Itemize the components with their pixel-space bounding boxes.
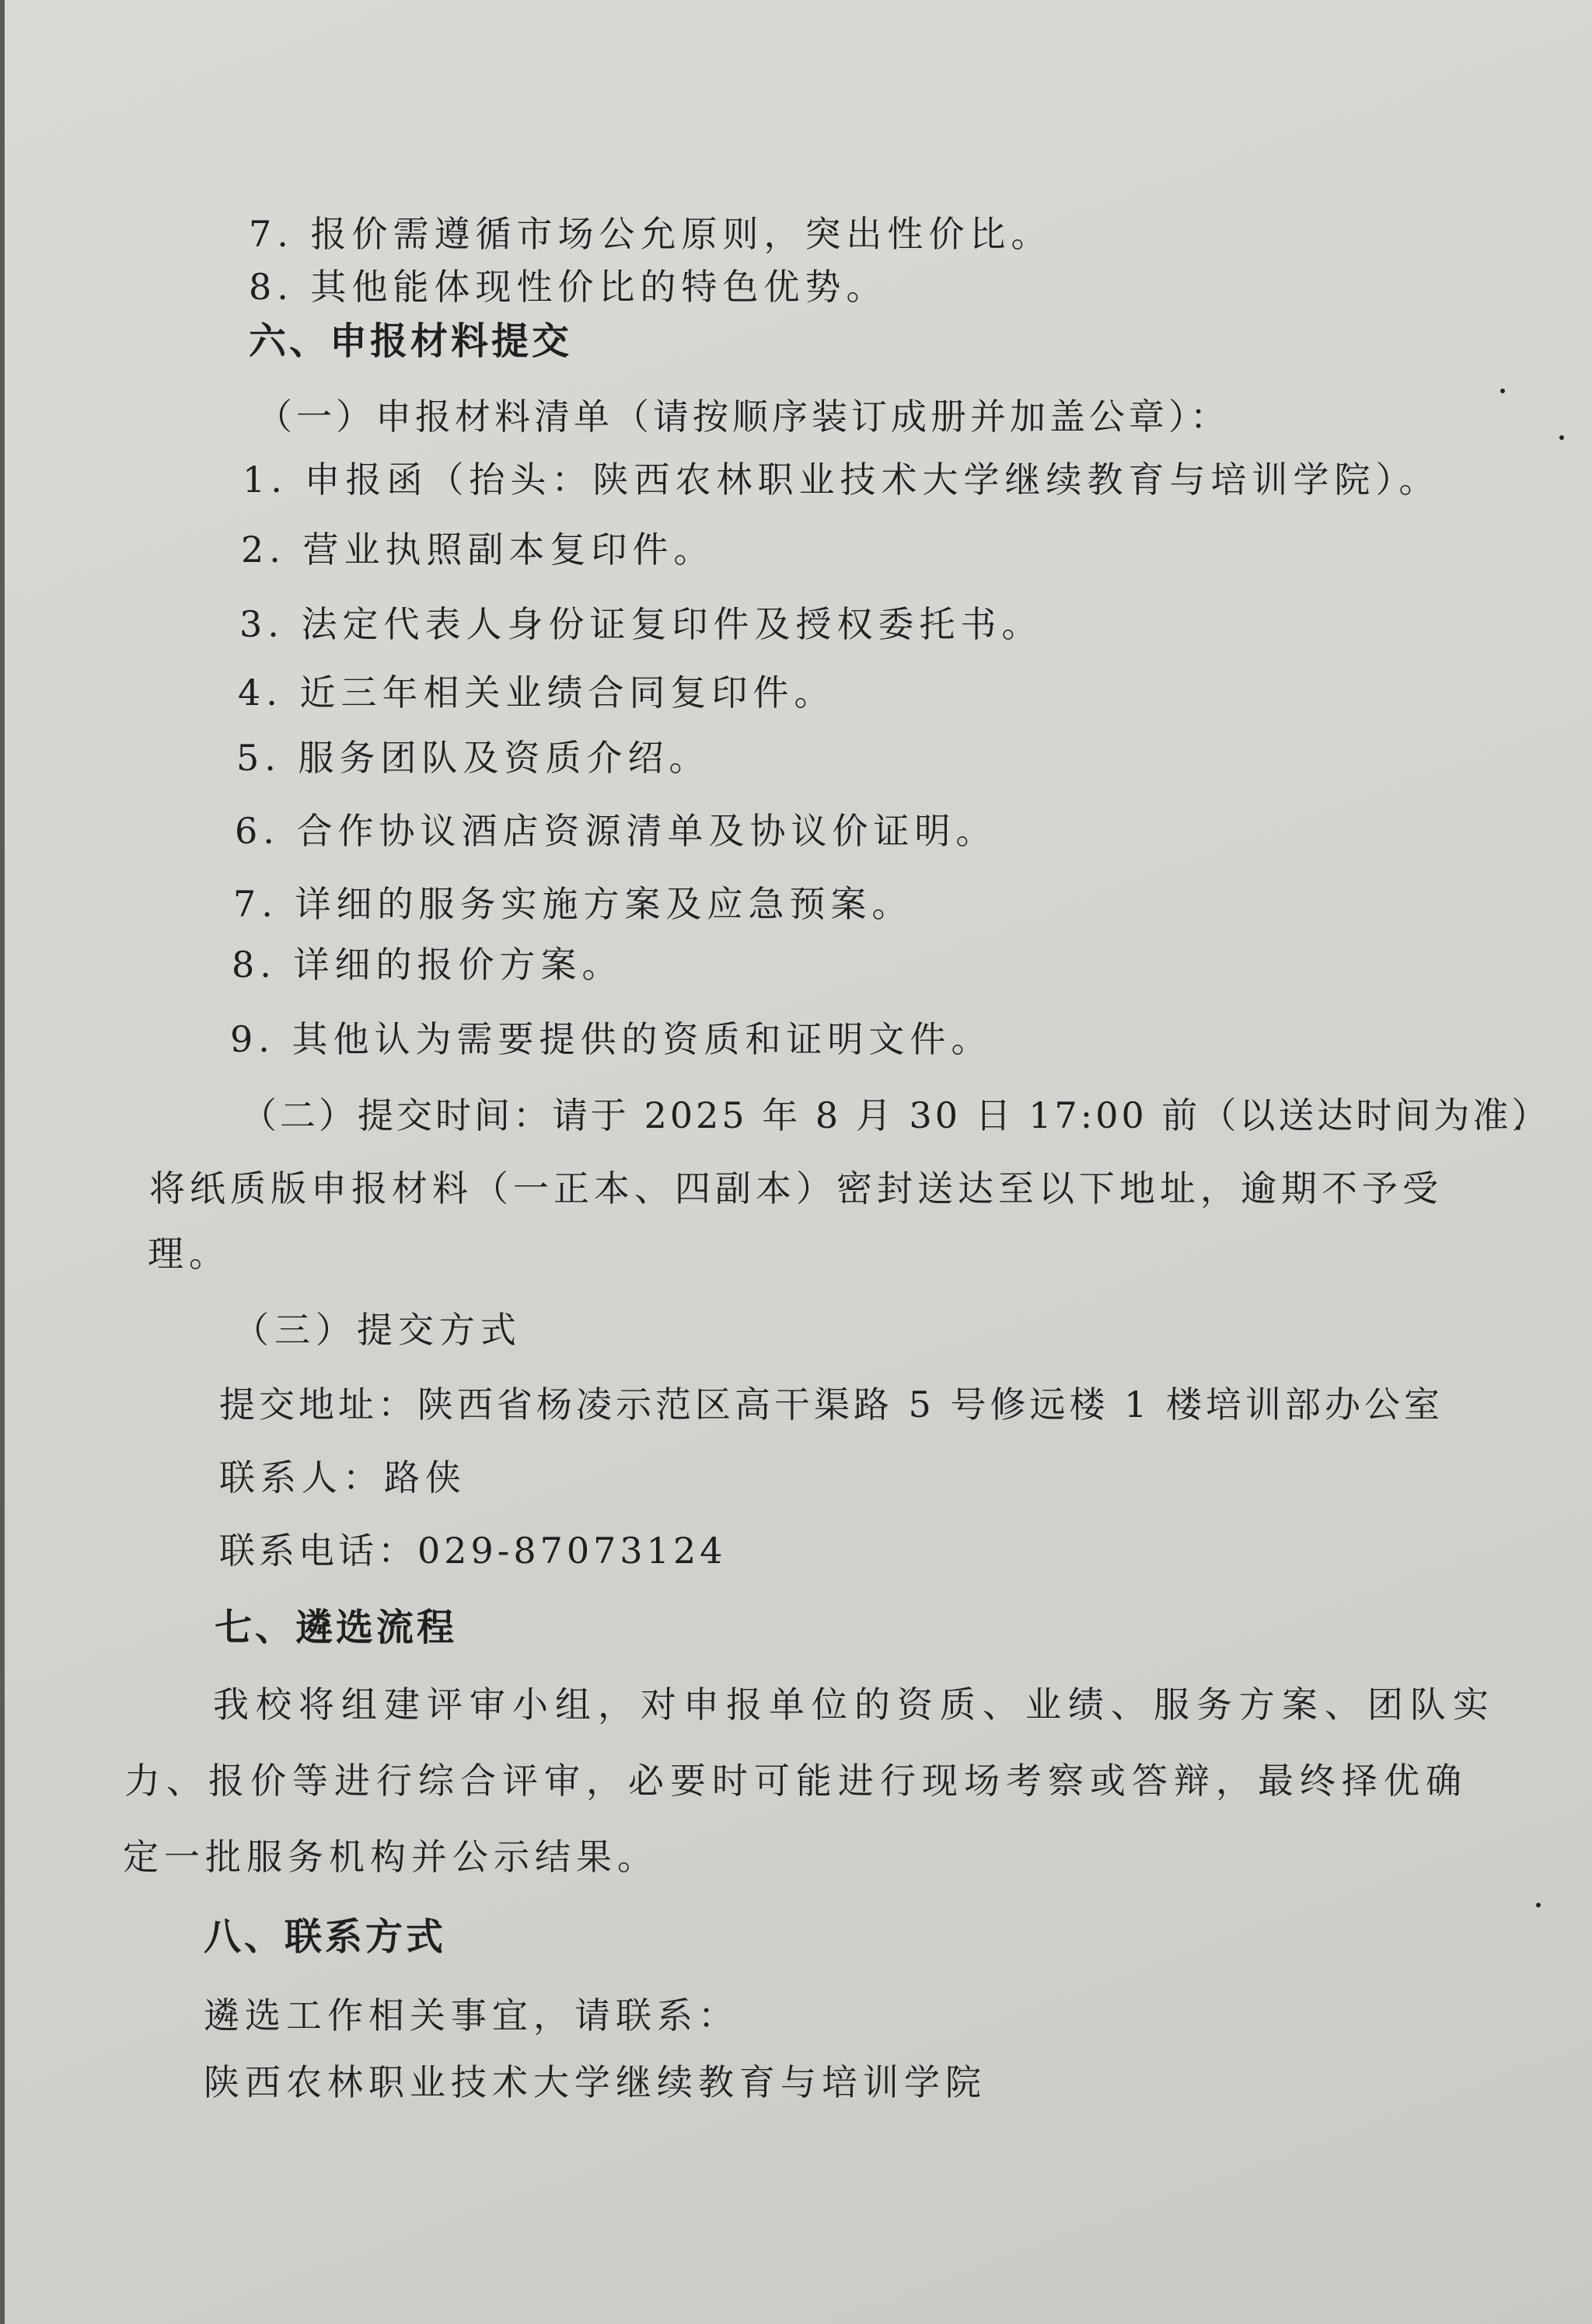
section-heading-7: 七、遴选流程: [215, 1609, 457, 1646]
section-heading-6: 六、申报材料提交: [249, 323, 572, 360]
speck-mark: [1559, 435, 1564, 440]
document-page: 7. 报价需遵循市场公允原则，突出性价比。 8. 其他能体现性价比的特色优势。 …: [0, 0, 1592, 2324]
speck-mark: [1500, 389, 1505, 393]
contact-person: 联系人：路侠: [219, 1460, 466, 1495]
speck-mark: [1516, 1125, 1520, 1130]
list-item: 7. 详细的服务实施方案及应急预案。: [233, 886, 913, 922]
speck-mark: [1536, 1903, 1541, 1907]
submission-time-line: 将纸质版申报材料（一正本、四副本）密封送达至以下地址，逾期不予受: [149, 1171, 1443, 1206]
list-item: 9. 其他认为需要提供的资质和证明文件。: [230, 1021, 993, 1057]
submission-time-line: 理。: [148, 1236, 230, 1272]
submission-time-line: （二）提交时间：请于 2025 年 8 月 30 日 17:00 前（以送达时间…: [241, 1097, 1550, 1133]
list-item: 3. 法定代表人身份证复印件及授权委托书。: [239, 606, 1043, 642]
subsection-title: （三）提交方式: [233, 1312, 522, 1348]
paragraph-line: 我校将组建评审小组，对申报单位的资质、业绩、服务方案、团队实: [213, 1687, 1496, 1722]
subsection-title: （一）申报材料清单（请按顺序装订成册并加盖公章）：: [257, 399, 1230, 434]
list-item: 6. 合作协议酒店资源清单及协议价证明。: [235, 813, 997, 849]
paragraph-line: 遴选工作相关事宜，请联系：: [204, 1998, 739, 2033]
paragraph-line: 定一批服务机构并公示结果。: [123, 1839, 658, 1875]
list-item: 2. 营业执照副本复印件。: [241, 532, 715, 567]
list-item: 7. 报价需遵循市场公允原则，突出性价比。: [249, 216, 1053, 252]
paragraph-line: 陕西农林职业技术大学继续教育与培训学院: [204, 2064, 986, 2100]
list-item: 8. 其他能体现性价比的特色优势。: [249, 269, 888, 305]
paragraph-line: 力、报价等进行综合评审，必要时可能进行现场考察或答辩，最终择优确: [124, 1763, 1468, 1799]
list-item: 5. 服务团队及资质介绍。: [236, 740, 710, 776]
list-item: 8. 详细的报价方案。: [232, 947, 623, 982]
submission-address: 提交地址：陕西省杨凌示范区高干渠路 5 号修远楼 1 楼培训部办公室: [219, 1387, 1444, 1422]
contact-phone: 联系电话：029-87073124: [219, 1533, 726, 1569]
list-item: 4. 近三年相关业绩合同复印件。: [238, 675, 836, 710]
list-item: 1. 申报函（抬头：陕西农林职业技术大学继续教育与培训学院）。: [243, 462, 1440, 497]
section-heading-8: 八、联系方式: [204, 1918, 446, 1956]
